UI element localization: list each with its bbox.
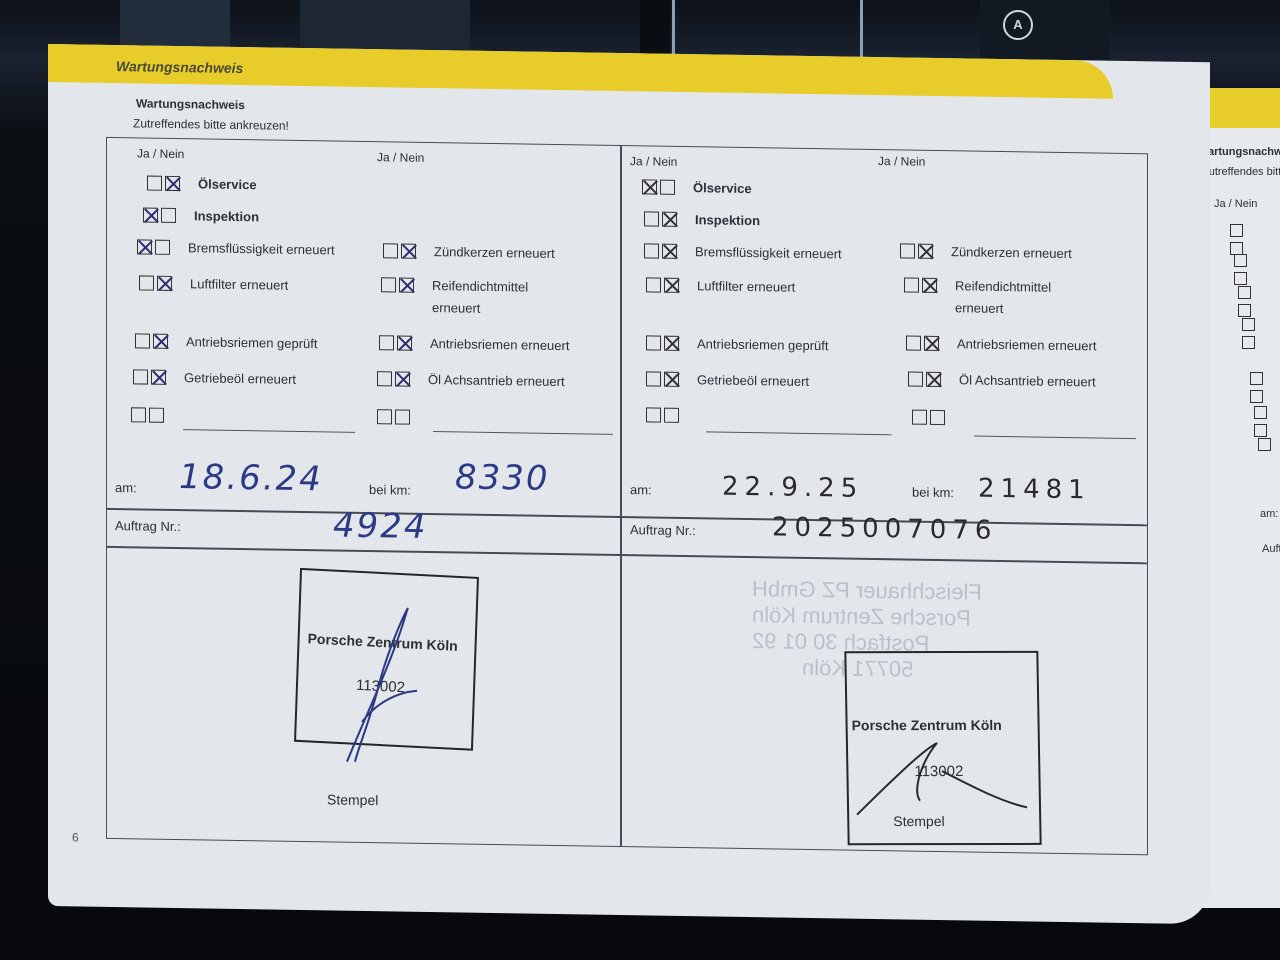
checkbox-pair[interactable] — [1238, 286, 1268, 298]
nein-checkbox[interactable] — [664, 278, 679, 293]
ja-checkbox[interactable] — [381, 277, 396, 292]
ja-checkbox[interactable] — [908, 372, 923, 387]
order-number[interactable]: 2025007076 — [772, 512, 997, 546]
nein-checkbox[interactable] — [397, 335, 412, 350]
item-label: Öl Achsantrieb erneuert — [428, 369, 565, 393]
order-number[interactable]: 4924 — [333, 505, 428, 546]
background-trim — [672, 0, 675, 60]
item-zuendkerzen[interactable]: Zündkerzen erneuert — [383, 240, 555, 265]
item-label: Öl Achsantrieb erneuert — [959, 369, 1096, 393]
ja-nein-header: Ja / Nein — [878, 154, 925, 169]
ghost-line: Fleischhauer PZ GmbH — [752, 576, 982, 606]
item-label: Ölservice — [198, 173, 257, 196]
item-antriebsriemen-geprueft[interactable]: Antriebsriemen geprüft — [135, 330, 318, 355]
next-page-am-label: am: — [1260, 508, 1278, 520]
mileage[interactable]: 8330 — [455, 457, 550, 498]
item-inspektion[interactable]: Inspektion — [644, 208, 760, 232]
page-number: 6 — [72, 830, 79, 844]
km-label: bei km: — [912, 485, 954, 501]
item-label: Antriebsriemen erneuert — [430, 333, 569, 357]
item-inspektion[interactable]: Inspektion — [143, 204, 259, 228]
am-label: am: — [630, 482, 652, 497]
ja-checkbox[interactable] — [143, 207, 158, 222]
checkbox-pair[interactable] — [1234, 254, 1264, 266]
item-label: Getriebeöl erneuert — [184, 367, 296, 391]
page-title: Wartungsnachweis — [136, 96, 245, 112]
nein-checkbox[interactable] — [924, 336, 939, 351]
item-oel-achsantrieb[interactable]: Öl Achsantrieb erneuert — [908, 369, 1096, 394]
item-label: Reifendichtmittel erneuert — [955, 275, 1065, 321]
background-panel — [980, 0, 1110, 60]
checkbox-pair[interactable] — [1230, 224, 1260, 236]
km-label: bei km: — [369, 482, 411, 498]
auftrag-label: Auftrag Nr.: — [115, 518, 181, 534]
item-luftfilter[interactable]: Luftfilter erneuert — [646, 274, 795, 298]
item-label: Antriebsriemen geprüft — [186, 331, 318, 355]
band-title: Wartungsnachweis — [116, 58, 243, 76]
ja-checkbox[interactable] — [379, 335, 394, 350]
item-label: Luftfilter erneuert — [697, 275, 795, 299]
nein-checkbox[interactable] — [918, 244, 933, 259]
nein-checkbox[interactable] — [161, 208, 176, 223]
ja-checkbox[interactable] — [147, 176, 162, 191]
ja-checkbox[interactable] — [906, 335, 921, 350]
ja-checkbox[interactable] — [377, 371, 392, 386]
ja-checkbox[interactable] — [646, 277, 661, 292]
ja-checkbox[interactable] — [139, 275, 154, 290]
background-trim — [860, 0, 863, 60]
item-bremsfluessigkeit[interactable]: Bremsflüssigkeit erneuert — [644, 240, 842, 265]
item-getriebeoel[interactable]: Getriebeöl erneuert — [133, 366, 296, 391]
maintenance-table: Ja / Nein Ja / Nein Ölservice Inspektion… — [106, 137, 1148, 855]
ja-checkbox[interactable] — [642, 179, 657, 194]
yellow-header-band: Wartungsnachweis — [48, 44, 1113, 99]
nein-checkbox[interactable] — [399, 278, 414, 293]
item-blank[interactable] — [912, 407, 945, 426]
ja-checkbox[interactable] — [133, 369, 148, 384]
ja-checkbox[interactable] — [646, 407, 661, 422]
nein-checkbox[interactable] — [153, 334, 168, 349]
ja-nein-header: Ja / Nein — [630, 154, 677, 169]
ghost-line: Porsche Zentrum Köln — [752, 602, 971, 631]
item-antriebsriemen-erneuert[interactable]: Antriebsriemen erneuert — [906, 332, 1096, 357]
nein-checkbox[interactable] — [660, 180, 675, 195]
service-date[interactable]: 22.9.25 — [722, 472, 863, 504]
service-date[interactable]: 18.6.24 — [179, 457, 323, 499]
item-bremsfluessigkeit[interactable]: Bremsflüssigkeit erneuert — [137, 236, 335, 261]
am-label: am: — [115, 480, 137, 495]
item-luftfilter[interactable]: Luftfilter erneuert — [139, 272, 288, 296]
next-page-title: Wartungsnachweis — [1198, 146, 1280, 158]
item-label: Antriebsriemen erneuert — [957, 333, 1096, 357]
page-subtitle: Zutreffendes bitte ankreuzen! — [133, 116, 289, 132]
nein-checkbox[interactable] — [926, 372, 941, 387]
ja-nein-header: Ja / Nein — [377, 150, 424, 165]
nein-checkbox[interactable] — [664, 408, 679, 423]
item-antriebsriemen-geprueft[interactable]: Antriebsriemen geprüft — [646, 332, 829, 357]
nein-checkbox[interactable] — [664, 336, 679, 351]
item-oelservice[interactable]: Ölservice — [147, 173, 257, 197]
item-label: Inspektion — [194, 205, 259, 228]
item-label: Reifendichtmittel erneuert — [432, 275, 532, 321]
nein-checkbox[interactable] — [155, 240, 170, 255]
auto-start-stop-icon: A — [1003, 10, 1033, 40]
blank-line[interactable] — [706, 431, 892, 435]
nein-checkbox[interactable] — [401, 244, 416, 259]
checkbox-pair[interactable] — [1254, 406, 1280, 418]
checkbox-pair[interactable] — [1250, 372, 1280, 384]
nein-checkbox[interactable] — [151, 370, 166, 385]
item-reifendichtmittel[interactable]: Reifendichtmittel erneuert — [904, 274, 1065, 321]
ja-checkbox[interactable] — [912, 410, 927, 425]
nein-checkbox[interactable] — [165, 176, 180, 191]
background-panel — [640, 0, 670, 60]
nein-checkbox[interactable] — [662, 244, 677, 259]
checkbox-pair[interactable] — [1258, 438, 1280, 450]
item-label: Ölservice — [693, 177, 752, 200]
nein-checkbox[interactable] — [395, 409, 410, 424]
checkbox-pair[interactable] — [1242, 318, 1272, 330]
ja-checkbox[interactable] — [904, 277, 919, 292]
blank-line[interactable] — [183, 429, 355, 433]
nein-checkbox[interactable] — [922, 278, 937, 293]
item-reifendichtmittel[interactable]: Reifendichtmittel erneuert — [381, 274, 532, 320]
item-getriebeoel[interactable]: Getriebeöl erneuert — [646, 368, 809, 393]
next-page-ja-nein: Ja / Nein — [1214, 198, 1257, 210]
nein-checkbox[interactable] — [157, 276, 172, 291]
ja-checkbox[interactable] — [900, 243, 915, 258]
ja-checkbox[interactable] — [646, 335, 661, 350]
signature — [337, 602, 427, 773]
item-oelservice[interactable]: Ölservice — [642, 176, 752, 200]
auftrag-label: Auftrag Nr.: — [630, 522, 696, 538]
ja-checkbox[interactable] — [383, 243, 398, 258]
nein-checkbox[interactable] — [930, 410, 945, 425]
signature — [852, 730, 1052, 823]
item-label: Zündkerzen erneuert — [434, 241, 555, 265]
nein-checkbox[interactable] — [395, 371, 410, 386]
ja-checkbox[interactable] — [644, 243, 659, 258]
ja-checkbox[interactable] — [131, 407, 146, 422]
item-label: Bremsflüssigkeit erneuert — [695, 241, 842, 265]
ja-checkbox[interactable] — [377, 409, 392, 424]
ja-checkbox[interactable] — [135, 333, 150, 348]
nein-checkbox[interactable] — [662, 212, 677, 227]
next-page-subtitle: Zutreffendes bitte ankreuzen! — [1202, 166, 1280, 178]
entry-1: Ja / Nein Ja / Nein Ölservice Inspektion… — [107, 138, 620, 846]
item-label: Antriebsriemen geprüft — [697, 333, 829, 357]
item-oel-achsantrieb[interactable]: Öl Achsantrieb erneuert — [377, 368, 565, 393]
item-blank[interactable] — [646, 404, 679, 423]
ja-checkbox[interactable] — [644, 211, 659, 226]
next-page-auftrag-label: Auftrag Nr.: — [1262, 543, 1280, 555]
mileage[interactable]: 21481 — [978, 474, 1091, 506]
ja-checkbox[interactable] — [137, 239, 152, 254]
item-label: Bremsflüssigkeit erneuert — [188, 237, 335, 261]
item-antriebsriemen-erneuert[interactable]: Antriebsriemen erneuert — [379, 332, 569, 357]
ja-checkbox[interactable] — [646, 371, 661, 386]
item-label: Luftfilter erneuert — [190, 273, 288, 297]
ja-nein-header: Ja / Nein — [137, 146, 184, 161]
nein-checkbox[interactable] — [149, 408, 164, 423]
item-zuendkerzen[interactable]: Zündkerzen erneuert — [900, 240, 1072, 265]
item-blank[interactable] — [377, 406, 410, 425]
entry-2: Ja / Nein Ja / Nein Ölservice Inspektion… — [622, 146, 1135, 854]
nein-checkbox[interactable] — [664, 372, 679, 387]
stempel-label: Stempel — [327, 791, 378, 808]
item-label: Inspektion — [695, 209, 760, 232]
blank-line[interactable] — [433, 431, 613, 435]
item-blank[interactable] — [131, 404, 164, 423]
maintenance-record-page: Wartungsnachweis Wartungsnachweis Zutref… — [48, 44, 1210, 924]
item-label: Zündkerzen erneuert — [951, 241, 1072, 265]
blank-line[interactable] — [974, 436, 1136, 440]
item-label: Getriebeöl erneuert — [697, 369, 809, 393]
